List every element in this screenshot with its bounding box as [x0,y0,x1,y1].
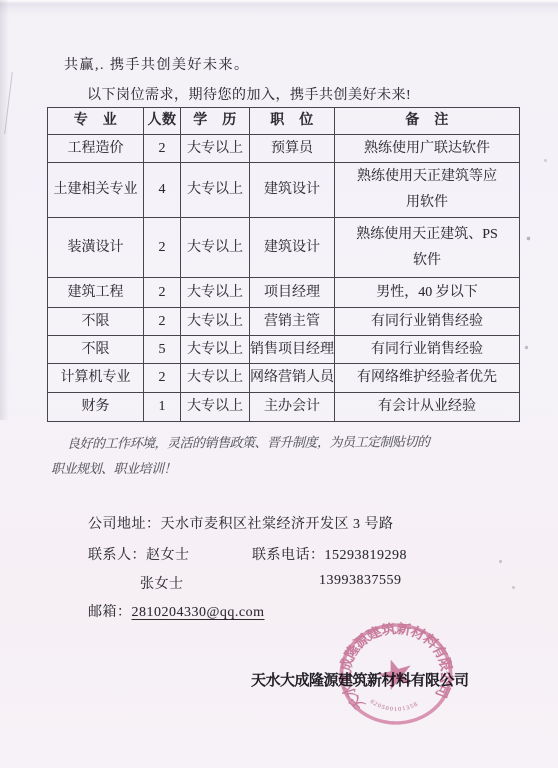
cell-remark: 有同行业销售经验 [335,336,520,364]
cell-position: 网络营销人员 [250,364,335,393]
company-seal-stamp: 天水大成隆源建筑新材料有限公司 ★ 620500101358 [325,611,466,738]
cell-count: 5 [144,336,181,364]
col-header-education: 学 历 [181,108,250,135]
cell-position: 建筑设计 [250,163,335,218]
cell-position: 主办会计 [250,393,335,422]
table-row: 不限 5 大专以上 销售项目经理 有同行业销售经验 [48,336,520,364]
table-row: 装潢设计 2 大专以上 建筑设计 熟练使用天正建筑、PS软件 [48,218,520,278]
scan-edge-left [0,0,9,420]
phone-label: 联系电话： [252,548,325,563]
cell-remark: 有会计从业经验 [335,393,520,422]
contact-person-line: 联系人：赵女士 [88,544,190,564]
table-row: 土建相关专业 4 大专以上 建筑设计 熟练使用天正建筑等应用软件 [48,163,520,218]
cell-count: 2 [144,308,181,336]
col-header-count: 人数 [144,108,181,135]
cell-major: 土建相关专业 [48,163,144,218]
phone-number-1: 15293819298 [325,548,408,563]
cell-major: 不限 [48,308,144,336]
cell-major: 不限 [48,336,144,364]
intro-line-1: 共赢,. 携手共创美好未来。 [64,54,250,74]
cell-remark: 熟练使用天正建筑、PS软件 [335,218,520,278]
table-row: 不限 2 大专以上 营销主管 有同行业销售经验 [48,308,520,336]
cell-remark: 熟练使用天正建筑等应用软件 [335,163,520,218]
cell-education: 大专以上 [181,364,250,393]
email-line: 邮箱：2810204330@qq.com [88,601,265,621]
address-value: 天水市麦积区社棠经济开发区 3 号路 [161,517,394,532]
cell-education: 大专以上 [181,336,250,364]
cell-position: 营销主管 [250,308,335,336]
star-icon: ★ [370,649,422,701]
cell-education: 大专以上 [181,308,250,336]
col-header-remark: 备 注 [335,108,520,135]
contact-person-1: 赵女士 [146,548,190,563]
cell-position: 建筑设计 [250,218,335,278]
table-row: 建筑工程 2 大专以上 项目经理 男性，40 岁以下 [48,278,520,308]
company-address-line: 公司地址：天水市麦积区社棠经济开发区 3 号路 [88,513,394,533]
cell-education: 大专以上 [181,218,250,278]
scanned-recruitment-page: 共赢,. 携手共创美好未来。 以下岗位需求，期待您的加入，携手共创美好未来! 专… [0,0,558,768]
cell-count: 2 [144,135,181,163]
scan-edge-top [0,0,558,14]
col-header-major: 专 业 [48,108,144,135]
cell-education: 大专以上 [181,393,250,422]
cell-count: 2 [144,278,181,308]
contact-phone-line: 联系电话：15293819298 [252,544,407,564]
cell-major: 财务 [48,393,144,422]
email-label: 邮箱： [88,605,132,620]
cell-major: 计算机专业 [48,364,144,393]
table-row: 工程造价 2 大专以上 预算员 熟练使用广联达软件 [48,135,520,163]
cell-education: 大专以上 [181,163,250,218]
cell-count: 4 [144,163,181,218]
col-header-position: 职 位 [250,108,335,135]
email-address: 2810204330@qq.com [132,605,265,620]
phone-number-2: 13993837559 [319,573,402,589]
scan-speckles [0,0,1,1]
table-header-row: 专 业 人数 学 历 职 位 备 注 [48,108,520,135]
contact-person-label: 联系人： [88,548,146,563]
cell-remark: 有同行业销售经验 [335,308,520,336]
handwritten-note-line-2: 职业规划、职业培训！ [51,458,176,477]
table-row: 计算机专业 2 大专以上 网络营销人员 有网络维护经验者优先 [48,364,520,393]
cell-major: 装潢设计 [48,218,144,278]
job-positions-table: 专 业 人数 学 历 职 位 备 注 工程造价 2 大专以上 预算员 熟练使用广… [47,107,520,422]
intro-line-2: 以下岗位需求，期待您的加入，携手共创美好未来! [87,84,411,104]
cell-count: 2 [144,364,181,393]
address-label: 公司地址： [88,517,161,532]
cell-position: 销售项目经理 [250,336,335,364]
cell-remark: 熟练使用广联达软件 [335,135,520,163]
cell-major: 工程造价 [48,135,144,163]
cell-position: 项目经理 [250,278,335,308]
cell-count: 1 [144,393,181,422]
cell-remark: 男性，40 岁以下 [335,278,520,308]
contact-person-2: 张女士 [140,573,184,593]
cell-education: 大专以上 [181,135,250,163]
cell-count: 2 [144,218,181,278]
handwritten-note-line-1: 良好的工作环境，灵活的销售政策、晋升制度，为员工定制贴切的 [67,431,430,452]
cell-major: 建筑工程 [48,278,144,308]
table-row: 财务 1 大专以上 主办会计 有会计从业经验 [48,393,520,422]
cell-remark: 有网络维护经验者优先 [335,364,520,393]
cell-education: 大专以上 [181,278,250,308]
cell-position: 预算员 [250,135,335,163]
